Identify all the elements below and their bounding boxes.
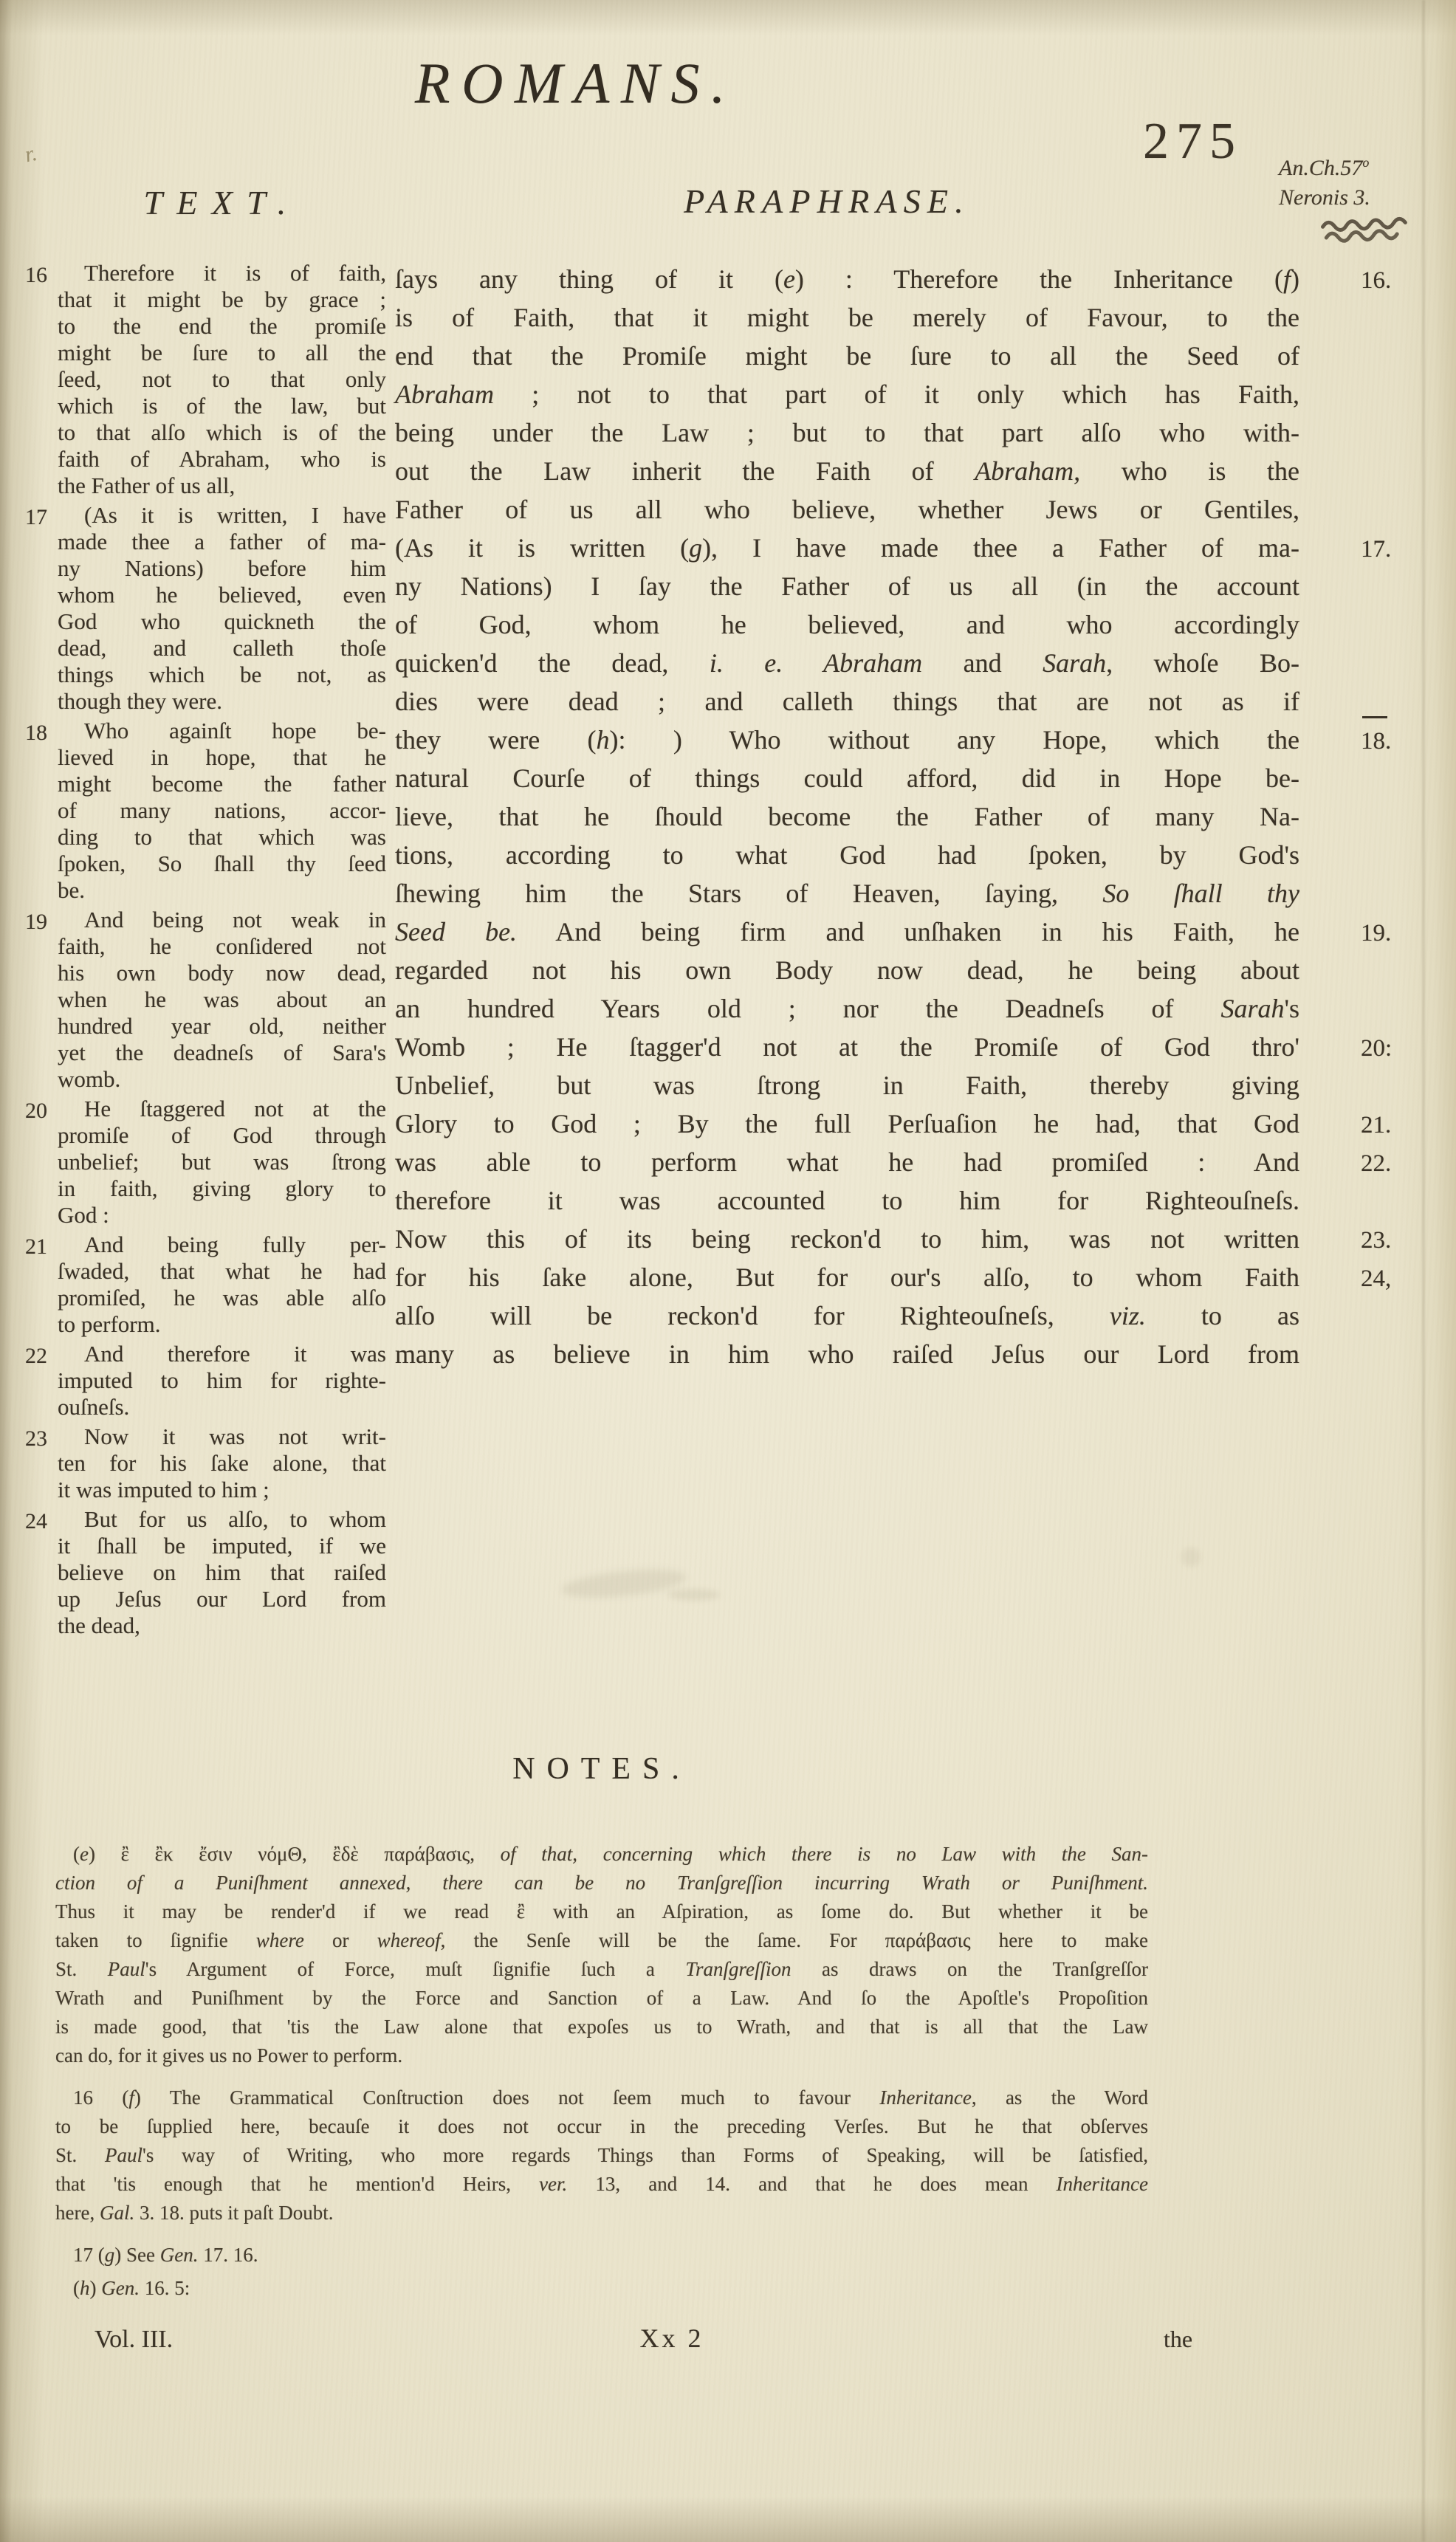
verse: 21And being fully per-ſwaded, that what … xyxy=(58,1232,386,1338)
margin-verse-number: 18. xyxy=(1361,722,1420,760)
verse-number: 23 xyxy=(25,1426,47,1452)
paraphrase-line: Glory to God ; By the full Perſuaſion he… xyxy=(395,1105,1299,1143)
paraphrase-line: is of Faith, that it might be merely of … xyxy=(395,298,1299,337)
verse-line: God who quickneth the xyxy=(58,608,386,635)
paraphrase-line: being under the Law ; but to that part a… xyxy=(395,413,1299,452)
verse-line: might be ſure to all the xyxy=(58,340,386,366)
verse: 20He ſtaggered not at thepromiſe of God … xyxy=(58,1096,386,1229)
paraphrase-line: therefore it was accounted to him for Ri… xyxy=(395,1181,1299,1220)
note-line: 16 (f) The Grammatical Conſtruction does… xyxy=(55,2084,1148,2112)
note-paragraph: 16 (f) The Grammatical Conſtruction does… xyxy=(55,2084,1148,2227)
paraphrase-line: quicken'd the dead, i. e. Abraham and Sa… xyxy=(395,644,1299,682)
verse-line: promiſed, he was able alſo xyxy=(58,1285,386,1311)
verse-line: He ſtaggered not at the xyxy=(58,1096,386,1122)
note-line: Thus it may be render'd if we read ἒ wit… xyxy=(55,1897,1148,1926)
verse-line: ouſneſs. xyxy=(58,1394,386,1421)
verse-line: imputed to him for righte- xyxy=(58,1367,386,1394)
note-line: St. Paul's Argument of Force, muſt ſigni… xyxy=(55,1955,1148,1984)
note-line: Wrath and Puniſhment by the Force and Sa… xyxy=(55,1984,1148,2013)
verse-line: to perform. xyxy=(58,1311,386,1338)
marginal-date-neronis: Neronis 3. xyxy=(1279,185,1370,210)
pen-mark: r. xyxy=(23,141,40,168)
verse-number: 18 xyxy=(25,720,47,746)
marginal-date-anno-christi: An.Ch.57 xyxy=(1279,156,1362,180)
verse-line: And being not weak in xyxy=(58,907,386,933)
verse-line: it was imputed to him ; xyxy=(58,1477,386,1503)
notes-heading: NOTES. xyxy=(55,1751,1148,1787)
marginal-date: An.Ch.57o Neronis 3. xyxy=(1279,148,1370,213)
note-paragraph: (e) ἒ ἒκ ἔσιν νόμΘ, ἒδὲ παράβασις, of th… xyxy=(55,1840,1148,2070)
paraphrase-line: of God, whom he believed, and who accord… xyxy=(395,605,1299,644)
verse-number: 21 xyxy=(25,1234,47,1260)
note-line: (h) Gen. 16. 5: xyxy=(55,2274,1148,2303)
marginal-date-superscript: o xyxy=(1362,155,1369,170)
paraphrase-line: Womb ; He ſtagger'd not at the Promiſe o… xyxy=(395,1028,1299,1066)
paraphrase-line: Seed be. And being firm and unſhaken in … xyxy=(395,913,1299,951)
squiggle-ornament-icon xyxy=(1319,213,1418,252)
verse-line: Therefore it is of faith, xyxy=(58,260,386,286)
paraphrase-line: Now this of its being reckon'd to him, w… xyxy=(395,1220,1299,1258)
verse-line: ding to that which was xyxy=(58,824,386,851)
verse-line: faith of Abraham, who is xyxy=(58,446,386,473)
paraphrase-line: alſo will be reckon'd for Righteouſneſs,… xyxy=(395,1296,1299,1335)
ink-smudge xyxy=(1181,1547,1201,1567)
signature-mark: Xx 2 xyxy=(605,2323,738,2354)
paraphrase-line: ny Nations) I ſay the Father of us all (… xyxy=(395,567,1299,605)
verse-line: be. xyxy=(58,877,386,904)
verse: 22And therefore it wasimputed to him for… xyxy=(58,1341,386,1421)
verse-line: the dead, xyxy=(58,1612,386,1639)
verse-line: things which be not, as xyxy=(58,662,386,688)
page-number: 275 xyxy=(1143,112,1243,171)
verse-line: God : xyxy=(58,1202,386,1229)
verse-line: ten for his ſake alone, that xyxy=(58,1450,386,1477)
running-title: ROMANS. xyxy=(0,50,1152,117)
paraphrase-line: natural Courſe of things could afford, d… xyxy=(395,759,1299,797)
verse-line: And therefore it was xyxy=(58,1341,386,1367)
verse-line: to that alſo which is of the xyxy=(58,419,386,446)
verse-line: the Father of us all, xyxy=(58,473,386,499)
paraphrase-column: ſays any thing of it (e) : Therefore the… xyxy=(395,260,1299,1373)
verse-number: 24 xyxy=(25,1508,47,1535)
verse-line: might become the father xyxy=(58,771,386,797)
text-column: 16Therefore it is of faith,that it might… xyxy=(58,260,386,1642)
paraphrase-line: Unbelief, but was ſtrong in Faith, there… xyxy=(395,1066,1299,1105)
note-line: here, Gal. 3. 18. puts it paſt Doubt. xyxy=(55,2199,1148,2227)
paraphrase-line: was able to perform what he had promiſed… xyxy=(395,1143,1299,1181)
verse-line: believe on him that raiſed xyxy=(58,1559,386,1586)
verse-line: But for us alſo, to whom xyxy=(58,1506,386,1533)
verse-line: in faith, giving glory to xyxy=(58,1175,386,1202)
verse-line: Who againſt hope be- xyxy=(58,718,386,744)
verse-line: (As it is written, I have xyxy=(58,502,386,529)
margin-verse-number: 20: xyxy=(1361,1029,1420,1068)
verse-line: promiſe of God through xyxy=(58,1122,386,1149)
verse-line: yet the deadneſs of Sara's xyxy=(58,1040,386,1066)
verse-number: 22 xyxy=(25,1343,47,1370)
volume-label: Vol. III. xyxy=(95,2326,173,2354)
verse-line: it ſhall be imputed, if we xyxy=(58,1533,386,1559)
paraphrase-column-heading: PARAPHRASE. xyxy=(395,182,1259,221)
margin-verse-number: 19. xyxy=(1361,914,1420,952)
paraphrase-line: lieve, that he ſhould become the Father … xyxy=(395,797,1299,836)
verse-line: to the end the promiſe xyxy=(58,313,386,340)
paraphrase-line: Abraham ; not to that part of it only wh… xyxy=(395,375,1299,413)
paraphrase-line: Father of us all who believe, whether Je… xyxy=(395,490,1299,529)
paraphrase-line: tions, according to what God had ſpoken,… xyxy=(395,836,1299,874)
notes-section: (e) ἒ ἒκ ἔσιν νόμΘ, ἒδὲ παράβασις, of th… xyxy=(55,1840,1148,2307)
paraphrase-line: ſays any thing of it (e) : Therefore the… xyxy=(395,260,1299,298)
verse-line: ny Nations) before him xyxy=(58,555,386,582)
note-line: taken to ſignifie where or whereof, the … xyxy=(55,1926,1148,1955)
verse-line: though they were. xyxy=(58,688,386,715)
margin-verse-number: 17. xyxy=(1361,530,1420,568)
verse-line: of many nations, accor- xyxy=(58,797,386,824)
paraphrase-line: many as believe in him who raiſed Jeſus … xyxy=(395,1335,1299,1373)
note-line: ction of a Puniſhment annexed, there can… xyxy=(55,1869,1148,1897)
verse-number: 20 xyxy=(25,1098,47,1124)
margin-verse-number: 24, xyxy=(1361,1260,1420,1298)
verse: 19And being not weak infaith, he conſide… xyxy=(58,907,386,1093)
verse-line: lieved in hope, that he xyxy=(58,744,386,771)
paraphrase-line: ſhewing him the Stars of Heaven, ſaying,… xyxy=(395,874,1299,913)
margin-verse-number: 21. xyxy=(1361,1106,1420,1144)
paraphrase-line: end that the Promiſe might be ſure to al… xyxy=(395,337,1299,375)
verse: 16Therefore it is of faith,that it might… xyxy=(58,260,386,499)
note-line: 17 (g) See Gen. 17. 16. xyxy=(55,2241,1148,2270)
verse: 18Who againſt hope be-lieved in hope, th… xyxy=(58,718,386,904)
verse-line: whom he believed, even xyxy=(58,582,386,608)
verse-line: Now it was not writ- xyxy=(58,1423,386,1450)
note-line: to be ſupplied here, becauſe it does not… xyxy=(55,2112,1148,2141)
margin-verse-number: 23. xyxy=(1361,1221,1420,1260)
verse-line: his own body now dead, xyxy=(58,960,386,986)
verse-line: faith, he conſidered not xyxy=(58,933,386,960)
note-line: can do, for it gives us no Power to perf… xyxy=(55,2041,1148,2070)
verse-line: ſpoken, So ſhall thy ſeed xyxy=(58,851,386,877)
paraphrase-line: out the Law inherit the Faith of Abraham… xyxy=(395,452,1299,490)
verse-line: unbelief; but was ſtrong xyxy=(58,1149,386,1175)
note-line: is made good, that 'tis the Law alone th… xyxy=(55,2013,1148,2041)
book-page: ROMANS. 275 An.Ch.57o Neronis 3. r. TEXT… xyxy=(0,0,1456,2542)
paraphrase-line: for his ſake alone, But for our's alſo, … xyxy=(395,1258,1299,1296)
verse: 24But for us alſo, to whomit ſhall be im… xyxy=(58,1506,386,1639)
verse-line: hundred year old, neither xyxy=(58,1013,386,1040)
verse-line: dead, and calleth thoſe xyxy=(58,635,386,662)
catchword: the xyxy=(1164,2326,1192,2353)
paraphrase-line: (As it is written (g), I have made thee … xyxy=(395,529,1299,567)
verse: 17(As it is written, I havemade thee a f… xyxy=(58,502,386,715)
text-column-heading: TEXT. xyxy=(58,183,386,222)
note-line: St. Paul's way of Writing, who more rega… xyxy=(55,2141,1148,2170)
note-line: that 'tis enough that he mention'd Heirs… xyxy=(55,2170,1148,2199)
verse: 23Now it was not writ-ten for his ſake a… xyxy=(58,1423,386,1503)
verse-line: which is of the law, but xyxy=(58,393,386,419)
verse-line: up Jeſus our Lord from xyxy=(58,1586,386,1612)
paraphrase-line: regarded not his own Body now dead, he b… xyxy=(395,951,1299,989)
paraphrase-line: dies were dead ; and calleth things that… xyxy=(395,682,1299,721)
verse-line: when he was about an xyxy=(58,986,386,1013)
note-paragraph: 17 (g) See Gen. 17. 16. xyxy=(55,2241,1148,2270)
ink-smudge xyxy=(668,1589,720,1601)
verse-number: 17 xyxy=(25,504,47,531)
note-paragraph: (h) Gen. 16. 5: xyxy=(55,2274,1148,2303)
paraphrase-line: they were (h): ) Who without any Hope, w… xyxy=(395,721,1299,759)
verse-number: 16 xyxy=(25,262,47,289)
verse-number: 19 xyxy=(25,909,47,935)
margin-verse-number: 16. xyxy=(1361,261,1420,300)
paraphrase-line: an hundred Years old ; nor the Deadneſs … xyxy=(395,989,1299,1028)
note-line: (e) ἒ ἒκ ἔσιν νόμΘ, ἒδὲ παράβασις, of th… xyxy=(55,1840,1148,1869)
verse-line: And being fully per- xyxy=(58,1232,386,1258)
verse-line: that it might be by grace ; xyxy=(58,286,386,313)
verse-line: womb. xyxy=(58,1066,386,1093)
verse-line: ſwaded, that what he had xyxy=(58,1258,386,1285)
verse-line: ſeed, not to that only xyxy=(58,366,386,393)
margin-verse-number: 22. xyxy=(1361,1144,1420,1183)
ink-smudge xyxy=(560,1564,688,1603)
verse-line: made thee a father of ma- xyxy=(58,529,386,555)
